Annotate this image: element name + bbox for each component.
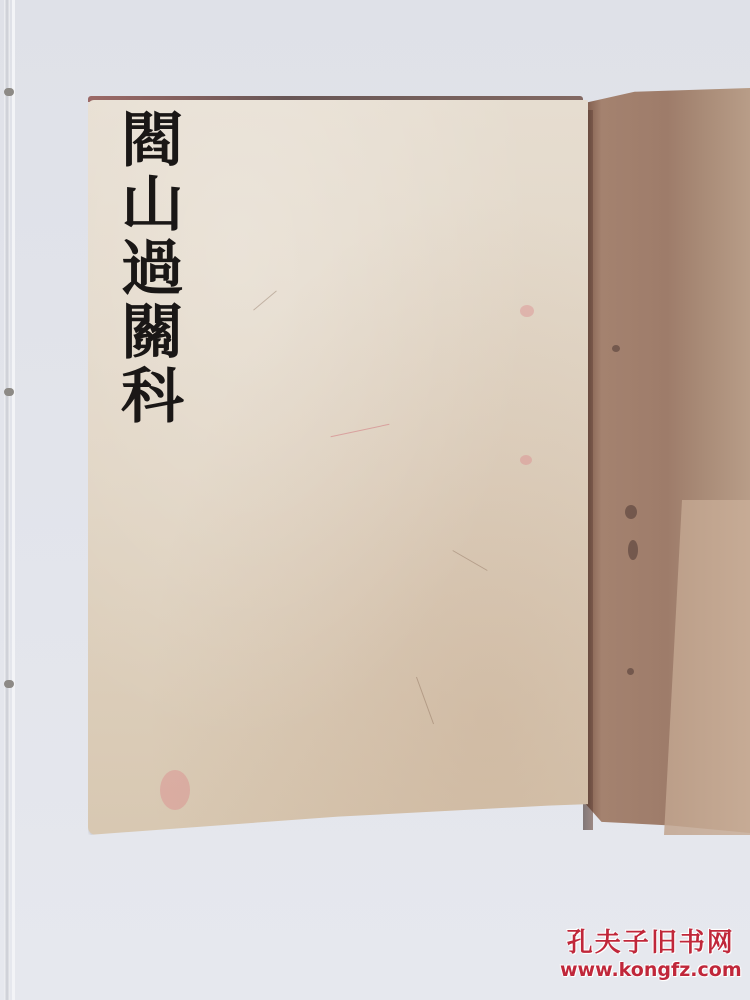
cover-title: 閻山過關科: [98, 108, 193, 428]
watermark-url: www.kongfz.com: [560, 958, 742, 982]
binding-stitch: [4, 388, 14, 396]
stain-spot: [628, 540, 638, 560]
red-stain: [520, 455, 532, 465]
binding-edge: [4, 0, 10, 1000]
watermark-title: 孔夫子旧书网: [560, 928, 742, 958]
red-stain: [520, 305, 534, 317]
stain-spot: [625, 505, 637, 519]
stain-spot: [612, 345, 620, 352]
binding-stitch: [4, 88, 14, 96]
binding-edge-highlight: [12, 0, 15, 1000]
red-stain: [160, 770, 190, 810]
watermark: 孔夫子旧书网 www.kongfz.com: [560, 928, 742, 982]
binding-stitch: [4, 680, 14, 688]
stain-spot: [627, 668, 634, 675]
